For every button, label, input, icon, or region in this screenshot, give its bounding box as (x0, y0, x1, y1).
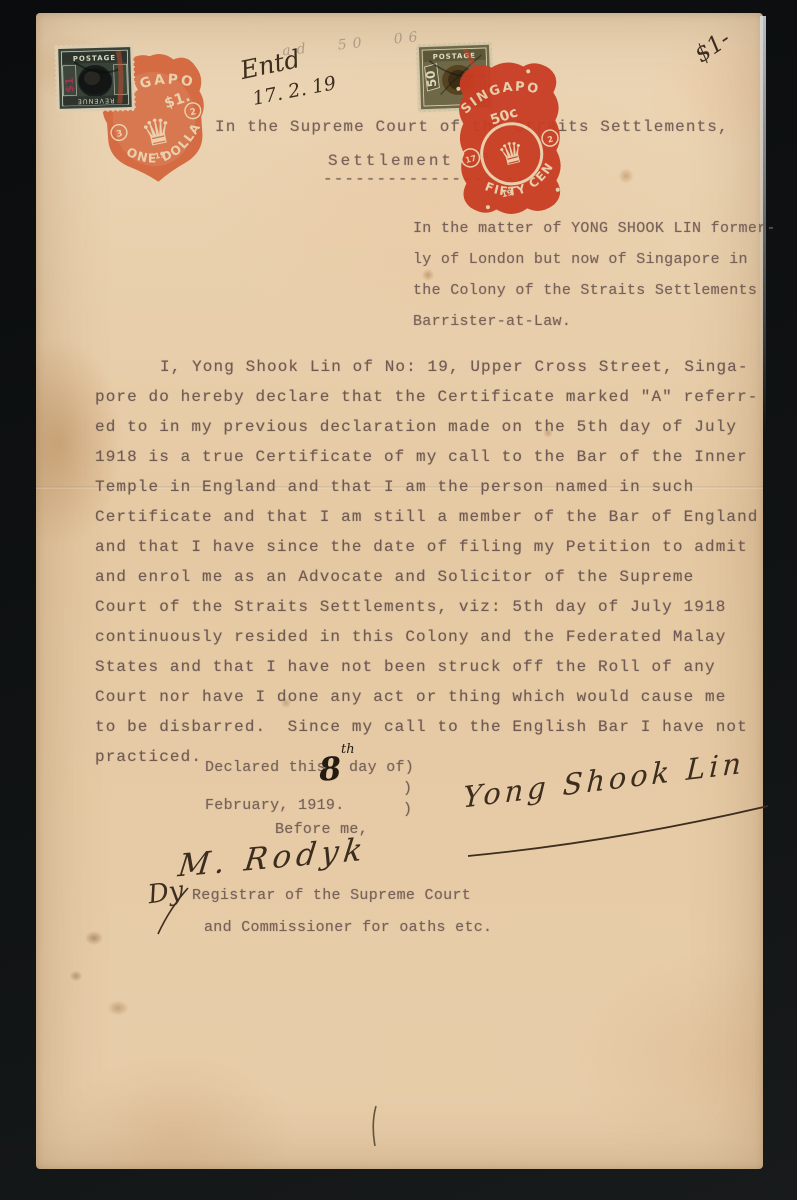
matter-line: Barrister-at-Law. (413, 306, 776, 337)
brace-line2: ) (403, 780, 412, 797)
registrar-title-line1: Registrar of the Supreme Court (192, 887, 471, 904)
brace-line3: ) (403, 801, 412, 818)
body-line: and that I have since the date of filing… (95, 532, 759, 562)
handwritten-day: 8 (318, 749, 343, 788)
body-line: to be disbarred. Since my call to the En… (95, 712, 759, 742)
body-line: and enrol me as an Advocate and Solicito… (95, 562, 759, 592)
body-line: Temple in England and that I am the pers… (95, 472, 759, 502)
body-line: 1918 is a true Certificate of my call to… (95, 442, 759, 472)
handwritten-day-suffix: th (341, 742, 355, 757)
stamp-postage-label: POSTAGE (73, 54, 117, 63)
scanned-document-photo: In the Supreme Court of the Straits Sett… (0, 0, 797, 1200)
matter-line: the Colony of the Straits Settlements (413, 275, 776, 306)
body-line: Court of the Straits Settlements, viz: 5… (95, 592, 759, 622)
day-of-label: day of) (349, 759, 414, 776)
declared-this-label: Declared this (205, 759, 326, 776)
stamp-dollar-value: $1 (63, 77, 76, 93)
one-dollar-adhesive-stamp: POSTAGE $1 REVENUE (54, 43, 136, 113)
deputy-flourish (150, 884, 194, 938)
stamp-revenue-label: REVENUE (77, 96, 115, 105)
registrar-title-line2: and Commissioner for oaths etc. (204, 919, 492, 936)
body-line: pore do hereby declare that the Certific… (95, 382, 759, 412)
body-line: I, Yong Shook Lin of No: 19, Upper Cross… (95, 352, 759, 382)
body-line: continuously resided in this Colony and … (95, 622, 759, 652)
body-line: States and that I have not been struck o… (95, 652, 759, 682)
date-line: February, 1919. (205, 797, 345, 814)
body-line: ed to in my previous declaration made on… (95, 412, 759, 442)
stamp-cents-value: 50 (423, 70, 439, 88)
ink-mark-bottom (368, 1104, 382, 1148)
body-line: Certificate and that I am still a member… (95, 502, 759, 532)
body-line: Court nor have I done any act or thing w… (95, 682, 759, 712)
matter-block: In the matter of YONG SHOOK LIN former- … (413, 213, 776, 337)
declaration-body: I, Yong Shook Lin of No: 19, Upper Cross… (95, 352, 759, 772)
signature-declarant-flourish (464, 800, 774, 860)
fifty-cent-embossed-revenue-stamp: SINGAPORE 50c ♛ 17 2 19 FIFTY CENTS (449, 54, 571, 228)
matter-line: ly of London but now of Singapore in (413, 244, 776, 275)
